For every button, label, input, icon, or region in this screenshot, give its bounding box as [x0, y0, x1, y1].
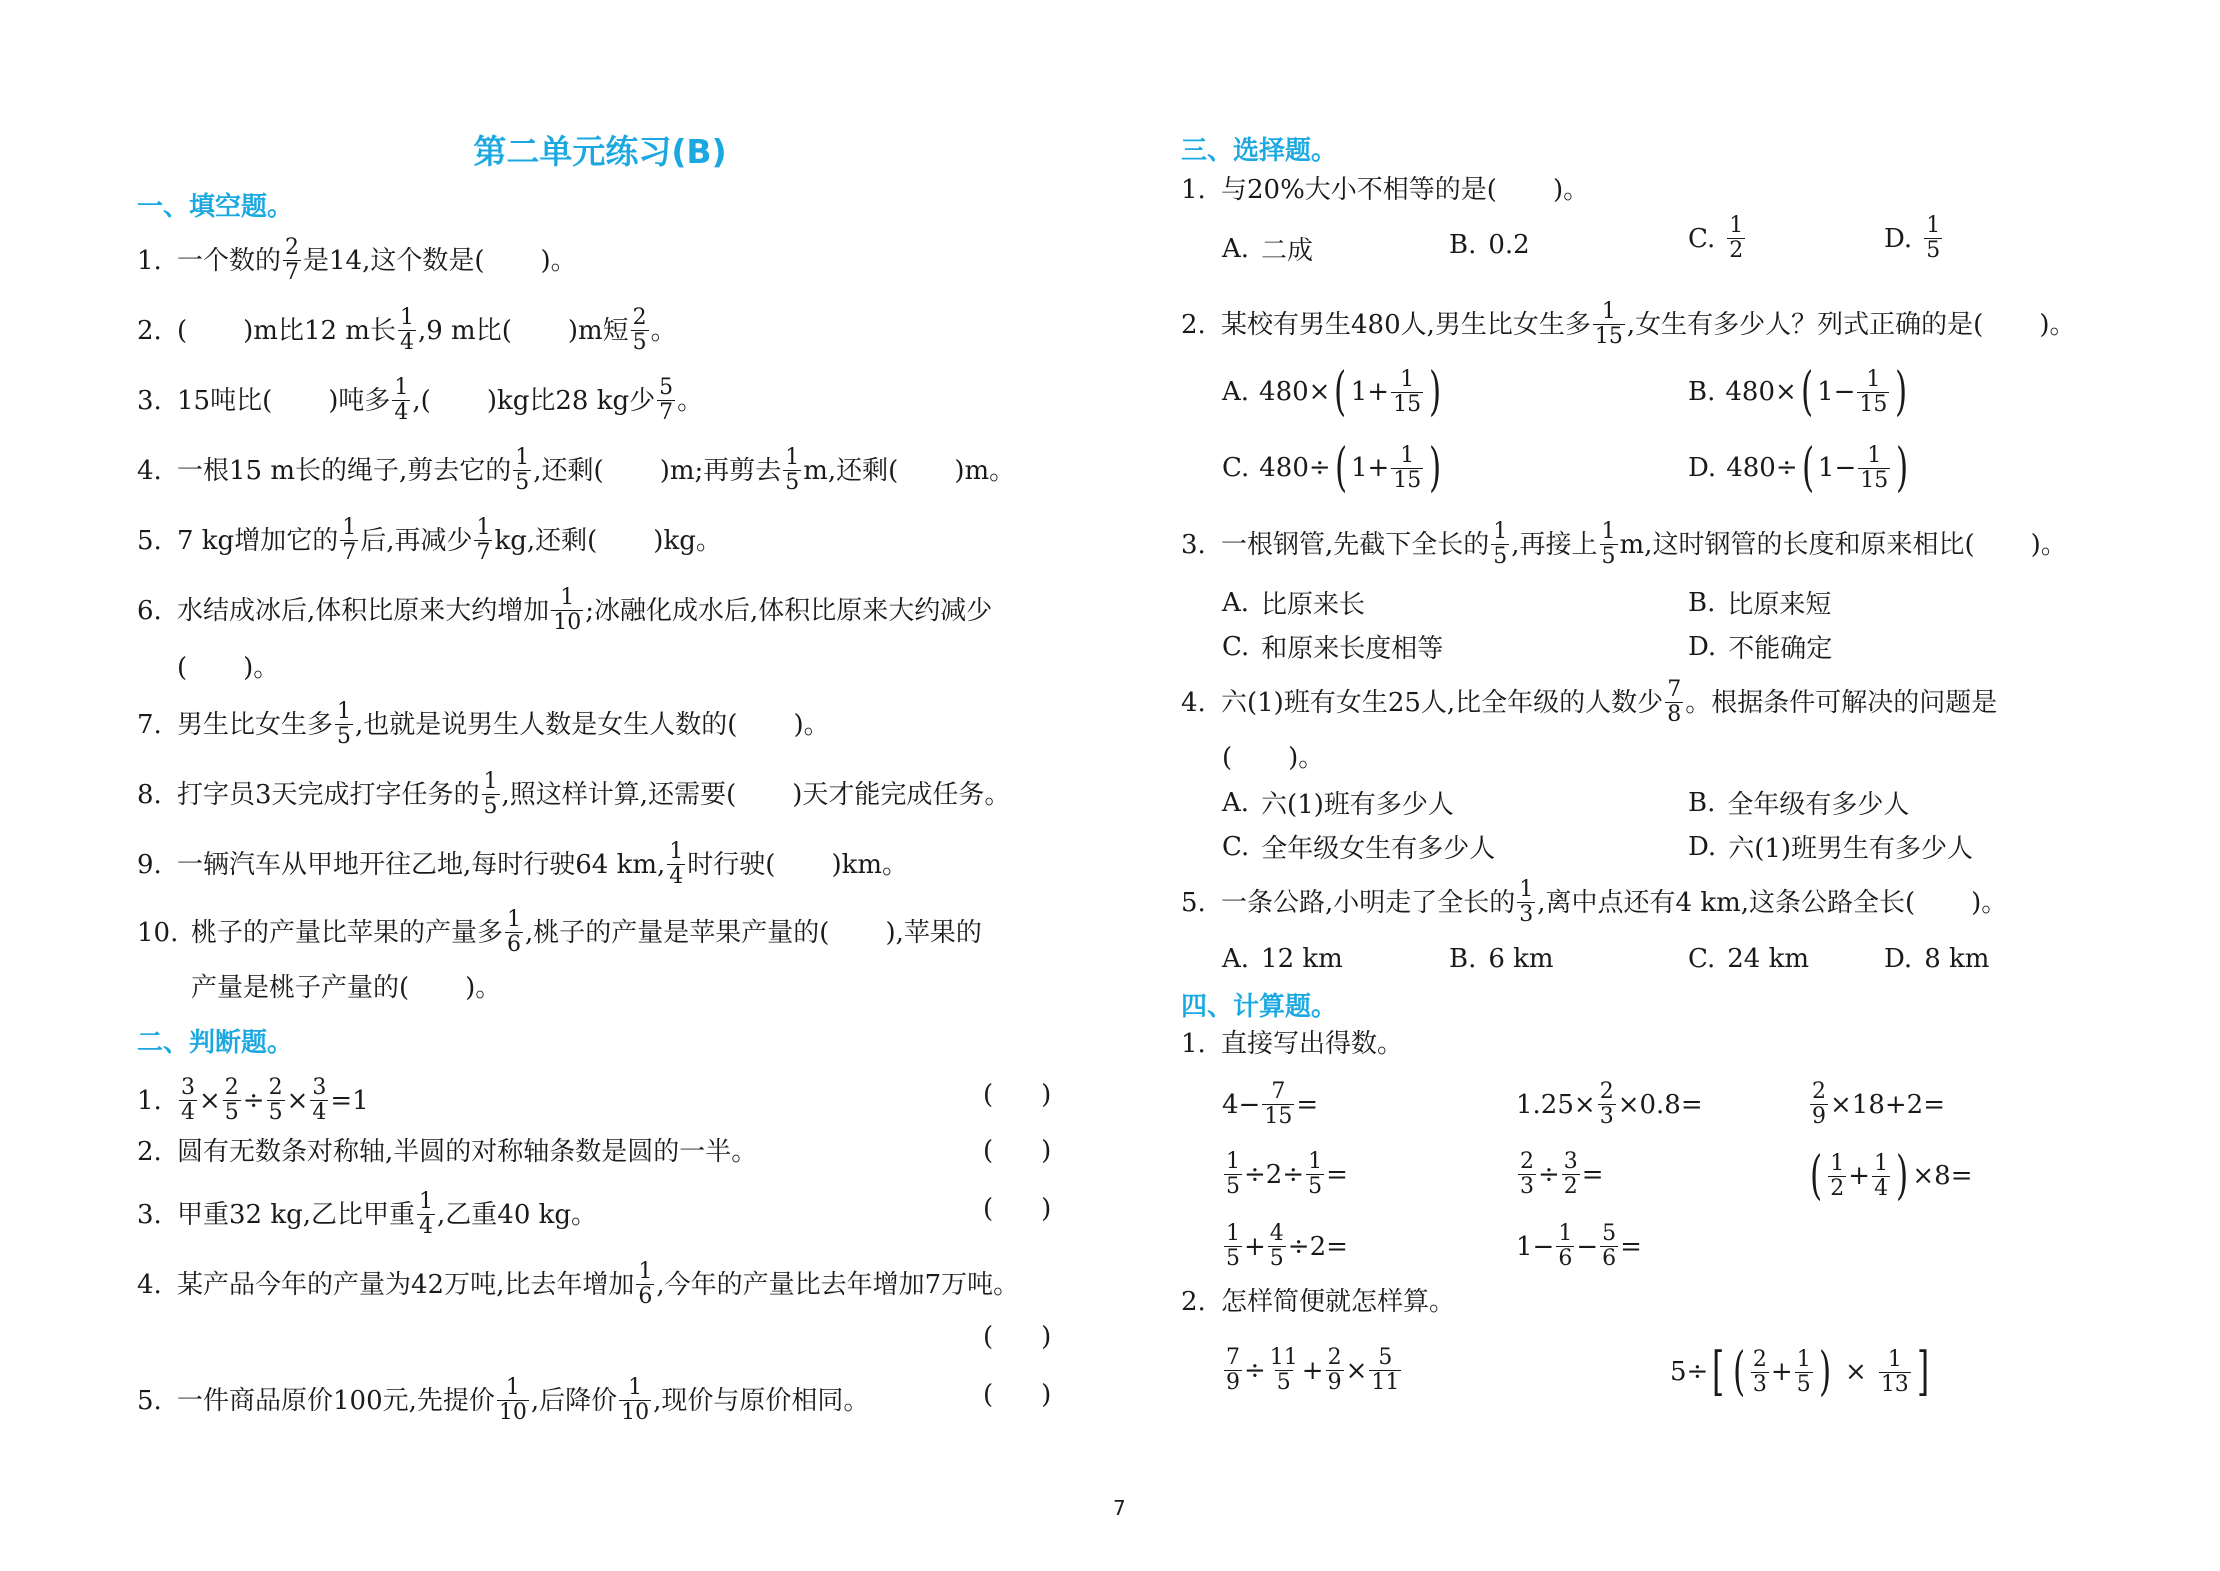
section-heading-calc: 四、计算题。 — [1181, 986, 1337, 1023]
fraction: 15 — [513, 446, 531, 495]
question-text: 水结成冰后,体积比原来大约增加 — [177, 591, 549, 631]
section-heading-choice: 三、选择题。 — [1181, 130, 1337, 167]
question-number: 2. — [1181, 305, 1221, 345]
judge-question-4: 4. 某产品今年的产量为42万吨,比去年增加 16 ,今年的产量比去年增加7万吨… — [137, 1260, 1019, 1309]
fraction: 34 — [310, 1076, 328, 1125]
question-number: 10. — [137, 913, 191, 953]
question-text: ,离中点还有4 km,这条公路全长( — [1537, 883, 1915, 923]
fill-question-4: 4. 一根15 m长的绳子,剪去它的 15 ,还剩( )m;再剪去 15 m,还… — [137, 446, 1015, 495]
question-text: 。根据条件可解决的问题是 — [1685, 683, 1997, 723]
question-number: 3. — [137, 1195, 177, 1235]
choice-4-option-a[interactable]: A.六(1)班有多少人 — [1222, 784, 1454, 821]
question-text: 甲重32 kg,乙比甲重 — [177, 1195, 415, 1235]
question-text: ,今年的产量比去年增加7万吨。 — [656, 1265, 1019, 1305]
question-text: 打字员3天完成打字任务的 — [177, 775, 480, 815]
question-text: )。 — [465, 968, 501, 1008]
judge-question-1: 1. 34 × 25 ÷ 25 × 34 =1 — [137, 1076, 369, 1125]
fill-question-8: 8. 打字员3天完成打字任务的 15 ,照这样计算,还需要( )天才能完成任务。 — [137, 770, 1010, 819]
choice-5-option-a[interactable]: A.12 km — [1222, 944, 1343, 974]
question-text: 男生比女生多 — [177, 705, 333, 745]
calc-expression-2: 1.25× 23 ×0.8= — [1516, 1080, 1703, 1129]
calc-part-1-title: 1. 直接写出得数。 — [1181, 1024, 1403, 1064]
fraction: 110 — [619, 1376, 651, 1425]
question-number: 7. — [137, 705, 177, 745]
fraction: 115 — [1593, 300, 1625, 349]
question-number: 9. — [137, 845, 177, 885]
question-text: 一根15 m长的绳子,剪去它的 — [177, 451, 511, 491]
question-text: m,这时钢管的长度和原来相比( — [1620, 525, 1975, 565]
question-number: 1. — [1181, 1024, 1221, 1064]
page-title: 第二单元练习(B) — [0, 126, 1200, 173]
question-text: )m。 — [954, 451, 1015, 491]
judge-question-3: 3. 甲重32 kg,乙比甲重 14 ,乙重40 kg。 — [137, 1190, 597, 1239]
choice-4-option-c[interactable]: C.全年级女生有多少人 — [1222, 828, 1495, 865]
question-text: 一件商品原价100元,先提价 — [177, 1381, 495, 1421]
question-text: )。 — [2031, 525, 2067, 565]
question-text: 时行驶( — [687, 845, 775, 885]
question-text: 一辆汽车从甲地开往乙地,每时行驶64 km, — [177, 845, 665, 885]
question-text: ,照这样计算,还需要( — [502, 775, 737, 815]
question-text: 产量是桃子产量的( — [191, 968, 409, 1008]
question-text: 7 kg增加它的 — [177, 521, 338, 561]
choice-5-option-b[interactable]: B.6 km — [1449, 944, 1554, 974]
fraction: 14 — [667, 840, 685, 889]
question-text: ,再接上 — [1511, 525, 1597, 565]
question-number: 4. — [137, 451, 177, 491]
fraction: 78 — [1665, 678, 1683, 727]
question-text: 与20%大小不相等的是( — [1221, 170, 1497, 210]
choice-question-3: 3. 一根钢管,先截下全长的 15 ,再接上 15 m,这时钢管的长度和原来相比… — [1181, 520, 2067, 569]
judge-answer-box-1[interactable]: () — [983, 1080, 1063, 1110]
question-text: ,女生有多少人？列式正确的是( — [1627, 305, 1983, 345]
calc-expression-1: 4− 715 = — [1222, 1080, 1318, 1129]
operator: × — [287, 1081, 309, 1121]
fraction: 13 — [1517, 878, 1535, 927]
question-number: 3. — [137, 381, 177, 421]
question-text: 15吨比( — [177, 381, 272, 421]
choice-question-2: 2. 某校有男生480人,男生比女生多 115 ,女生有多少人？列式正确的是( … — [1181, 300, 2075, 349]
question-number: 6. — [137, 591, 177, 631]
question-number: 2. — [137, 311, 177, 351]
question-text: )。 — [541, 241, 577, 281]
question-text: ,也就是说男生人数是女生人数的( — [355, 705, 737, 745]
question-text: )m;再剪去 — [660, 451, 782, 491]
calc-expression-7: 15 + 45 ÷2= — [1222, 1222, 1348, 1271]
question-text: =1 — [330, 1081, 368, 1121]
question-text: 怎样简便就怎样算。 — [1221, 1282, 1455, 1322]
question-text: )km。 — [831, 845, 908, 885]
fraction: 25 — [267, 1076, 285, 1125]
calc-expression-6: ( 12 + 14 ) ×8= — [1806, 1150, 1973, 1202]
judge-question-2: 2. 圆有无数条对称轴,半圆的对称轴条数是圆的一半。 — [137, 1132, 757, 1172]
judge-question-5: 5. 一件商品原价100元,先提价 110 ,后降价 110 ,现价与原价相同。 — [137, 1376, 869, 1425]
fraction: 110 — [497, 1376, 529, 1425]
fraction: 57 — [657, 376, 675, 425]
question-number: 8. — [137, 775, 177, 815]
question-text: )m短 — [568, 311, 629, 351]
fill-question-2: 2. ( )m比12 m长 14 ,9 m比( )m短 25 。 — [137, 306, 677, 355]
question-number: 5. — [1181, 883, 1221, 923]
fraction: 14 — [398, 306, 416, 355]
operator: ÷ — [243, 1081, 265, 1121]
question-text: 后,再减少 — [360, 521, 472, 561]
question-text: )kg比28 kg少 — [487, 381, 655, 421]
calc-simplify-expression-2: 5÷ [ ( 23 + 15 ) × 113 ] — [1670, 1346, 1933, 1398]
fraction: 25 — [223, 1076, 241, 1125]
question-text: 一条公路,小明走了全长的 — [1221, 883, 1515, 923]
choice-1-option-c[interactable]: C. 12 — [1688, 214, 1747, 263]
question-text: )。 — [2039, 305, 2075, 345]
choice-3-option-a[interactable]: A.比原来长 — [1222, 584, 1365, 621]
fraction: 15 — [482, 770, 500, 819]
choice-4-option-d[interactable]: D.六(1)班男生有多少人 — [1688, 828, 1973, 865]
choice-2-option-c[interactable]: C.480÷ (1+ 115) — [1222, 442, 1446, 494]
fraction: 15 — [783, 446, 801, 495]
calc-expression-8: 1− 16 − 56 = — [1516, 1222, 1642, 1271]
question-text: )kg。 — [653, 521, 722, 561]
question-text: )。 — [793, 705, 829, 745]
question-number: 3. — [1181, 525, 1221, 565]
question-text: kg,还剩( — [494, 521, 597, 561]
question-text: )吨多 — [328, 381, 390, 421]
calc-part-2-title: 2. 怎样简便就怎样算。 — [1181, 1282, 1455, 1322]
question-text: ,桃子的产量是苹果产量的( — [525, 913, 829, 953]
question-number: 1. — [137, 241, 177, 281]
judge-answer-box-4[interactable]: () — [983, 1322, 1063, 1352]
fill-question-3: 3. 15吨比( )吨多 14 ,( )kg比28 kg少 57 。 — [137, 376, 703, 425]
question-text: 圆有无数条对称轴,半圆的对称轴条数是圆的一半。 — [177, 1132, 757, 1172]
fill-question-10-continued: 产量是桃子产量的( )。 — [191, 968, 501, 1008]
question-text: )m比12 m长 — [243, 311, 396, 351]
fill-question-1: 1. 一个数的 27 是14,这个数是( )。 — [137, 236, 577, 285]
choice-question-1: 1. 与20%大小不相等的是( )。 — [1181, 170, 1589, 210]
question-text: )。 — [1288, 738, 1324, 778]
question-text: ,后降价 — [531, 1381, 617, 1421]
section-heading-judge: 二、判断题。 — [137, 1022, 293, 1059]
fraction: 16 — [636, 1260, 654, 1309]
choice-question-5: 5. 一条公路,小明走了全长的 13 ,离中点还有4 km,这条公路全长( )。 — [1181, 878, 2007, 927]
fill-question-9: 9. 一辆汽车从甲地开往乙地,每时行驶64 km, 14 时行驶( )km。 — [137, 840, 908, 889]
question-text: ,现价与原价相同。 — [653, 1381, 869, 1421]
question-text: 桃子的产量比苹果的产量多 — [191, 913, 503, 953]
fill-question-5: 5. 7 kg增加它的 17 后,再减少 17 kg,还剩( )kg。 — [137, 516, 722, 565]
question-text: )。 — [243, 648, 279, 688]
fraction: 17 — [340, 516, 358, 565]
question-number: 4. — [137, 1265, 177, 1305]
question-text: 是14,这个数是( — [303, 241, 485, 281]
choice-3-option-c[interactable]: C.和原来长度相等 — [1222, 628, 1443, 665]
question-text: ( — [177, 648, 187, 688]
choice-2-option-b[interactable]: B.480× (1− 115) — [1688, 366, 1912, 418]
choice-3-option-d[interactable]: D.不能确定 — [1688, 628, 1832, 665]
judge-answer-box-2[interactable]: () — [983, 1136, 1063, 1166]
choice-1-option-b[interactable]: B.0.2 — [1449, 230, 1530, 260]
choice-1-option-d[interactable]: D. 15 — [1884, 214, 1944, 263]
question-text: 某产品今年的产量为42万吨,比去年增加 — [177, 1265, 634, 1305]
calc-simplify-expression-1: 79 ÷ 115 + 29 × 511 — [1222, 1346, 1403, 1395]
calc-expression-3: 29 ×18+2= — [1808, 1080, 1945, 1129]
question-text: 。 — [677, 381, 703, 421]
question-text: ( — [1222, 738, 1232, 778]
question-text: )天才能完成任务。 — [792, 775, 1010, 815]
choice-3-option-b[interactable]: B.比原来短 — [1688, 584, 1831, 621]
question-text: ,9 m比( — [418, 311, 512, 351]
choice-question-4: 4. 六(1)班有女生25人,比全年级的人数少 78 。根据条件可解决的问题是 — [1181, 678, 1997, 727]
fraction: 14 — [417, 1190, 435, 1239]
question-number: 2. — [137, 1132, 177, 1172]
calc-expression-5: 23 ÷ 32 = — [1516, 1150, 1604, 1199]
question-text: ,乙重40 kg。 — [437, 1195, 597, 1235]
question-text: 一个数的 — [177, 241, 281, 281]
question-text: 六(1)班有女生25人,比全年级的人数少 — [1221, 683, 1663, 723]
choice-1-option-a[interactable]: A.二成 — [1222, 230, 1313, 267]
question-text: )。 — [1971, 883, 2007, 923]
question-text: ),苹果的 — [885, 913, 981, 953]
choice-5-option-c[interactable]: C.24 km — [1688, 944, 1809, 974]
question-number: 1. — [137, 1081, 177, 1121]
question-text: 直接写出得数。 — [1221, 1024, 1403, 1064]
fraction: 27 — [283, 236, 301, 285]
question-number: 5. — [137, 521, 177, 561]
fraction: 17 — [474, 516, 492, 565]
question-text: 某校有男生480人,男生比女生多 — [1221, 305, 1591, 345]
fill-question-7: 7. 男生比女生多 15 ,也就是说男生人数是女生人数的( )。 — [137, 700, 830, 749]
question-text: 。 — [651, 311, 677, 351]
question-text: m,还剩( — [803, 451, 898, 491]
judge-answer-box-5[interactable]: () — [983, 1380, 1063, 1410]
choice-question-4-continued: ( )。 — [1222, 738, 1324, 778]
choice-2-option-a[interactable]: A.480× (1+ 115) — [1222, 366, 1445, 418]
question-text: )。 — [1553, 170, 1589, 210]
judge-answer-box-3[interactable]: () — [983, 1194, 1063, 1224]
choice-5-option-d[interactable]: D.8 km — [1884, 944, 1989, 974]
question-text: ;冰融化成水后,体积比原来大约减少 — [585, 591, 992, 631]
fraction: 15 — [1491, 520, 1509, 569]
fill-question-6: 6. 水结成冰后,体积比原来大约增加 110 ;冰融化成水后,体积比原来大约减少 — [137, 586, 992, 635]
fraction: 34 — [179, 1076, 197, 1125]
question-text: ,( — [412, 381, 430, 421]
fill-question-10: 10. 桃子的产量比苹果的产量多 16 ,桃子的产量是苹果产量的( ),苹果的 — [137, 908, 982, 957]
operator: × — [199, 1081, 221, 1121]
fraction: 16 — [505, 908, 523, 957]
fraction: 110 — [551, 586, 583, 635]
question-number: 5. — [137, 1381, 177, 1421]
calc-expression-4: 15 ÷2÷ 15 = — [1222, 1150, 1348, 1199]
fraction: 15 — [1600, 520, 1618, 569]
question-number: 2. — [1181, 1282, 1221, 1322]
question-number: 1. — [1181, 170, 1221, 210]
section-heading-fill: 一、填空题。 — [137, 186, 293, 223]
question-text: ,还剩( — [533, 451, 603, 491]
question-number: 4. — [1181, 683, 1221, 723]
fraction: 15 — [335, 700, 353, 749]
fill-question-6-continued: ( )。 — [177, 648, 279, 688]
fraction: 14 — [392, 376, 410, 425]
fraction: 25 — [631, 306, 649, 355]
page-number: 7 — [1113, 1496, 1126, 1520]
choice-2-option-d[interactable]: D.480÷ (1− 115) — [1688, 442, 1913, 494]
question-text: 一根钢管,先截下全长的 — [1221, 525, 1489, 565]
question-text: ( — [177, 311, 187, 351]
choice-4-option-b[interactable]: B.全年级有多少人 — [1688, 784, 1909, 821]
